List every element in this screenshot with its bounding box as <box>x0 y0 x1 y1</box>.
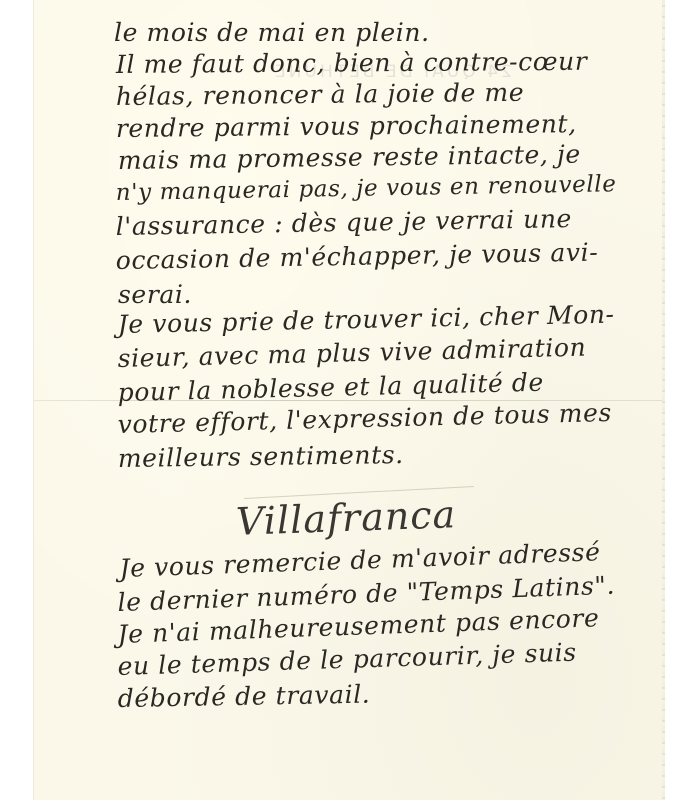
letter-line: hélas, renoncer à la joie de me <box>116 80 525 109</box>
letter-line: meilleurs sentiments. <box>118 442 404 471</box>
letter-line: serai. <box>118 282 192 307</box>
letter-line: Je vous prie de trouver ici, cher Mon- <box>117 302 614 337</box>
letter-page: 24 QUAI DE BETHUNE le mois de mai en ple… <box>34 0 663 800</box>
letter-line: rendre parmi vous prochainement, <box>116 111 577 141</box>
letter-line: mais ma promesse reste intacte, je <box>118 142 581 173</box>
letter-line: le mois de mai en plein. <box>114 20 430 45</box>
letter-line: l'assurance : dès que je verrai une <box>116 206 573 239</box>
letter-line: votre effort, l'expression de tous mes <box>117 400 612 437</box>
postscript-line: débordé de travail. <box>118 682 371 711</box>
signature: Villafranca <box>235 492 457 544</box>
letter-line: occasion de m'échapper, je vous avi- <box>116 240 599 273</box>
letter-line: sieur, avec ma plus vive admiration <box>117 335 586 371</box>
letter-line: Il me faut donc, bien à contre-cœur <box>116 49 588 77</box>
letter-line: n'y manquerai pas, je vous en renouvelle <box>116 173 617 205</box>
